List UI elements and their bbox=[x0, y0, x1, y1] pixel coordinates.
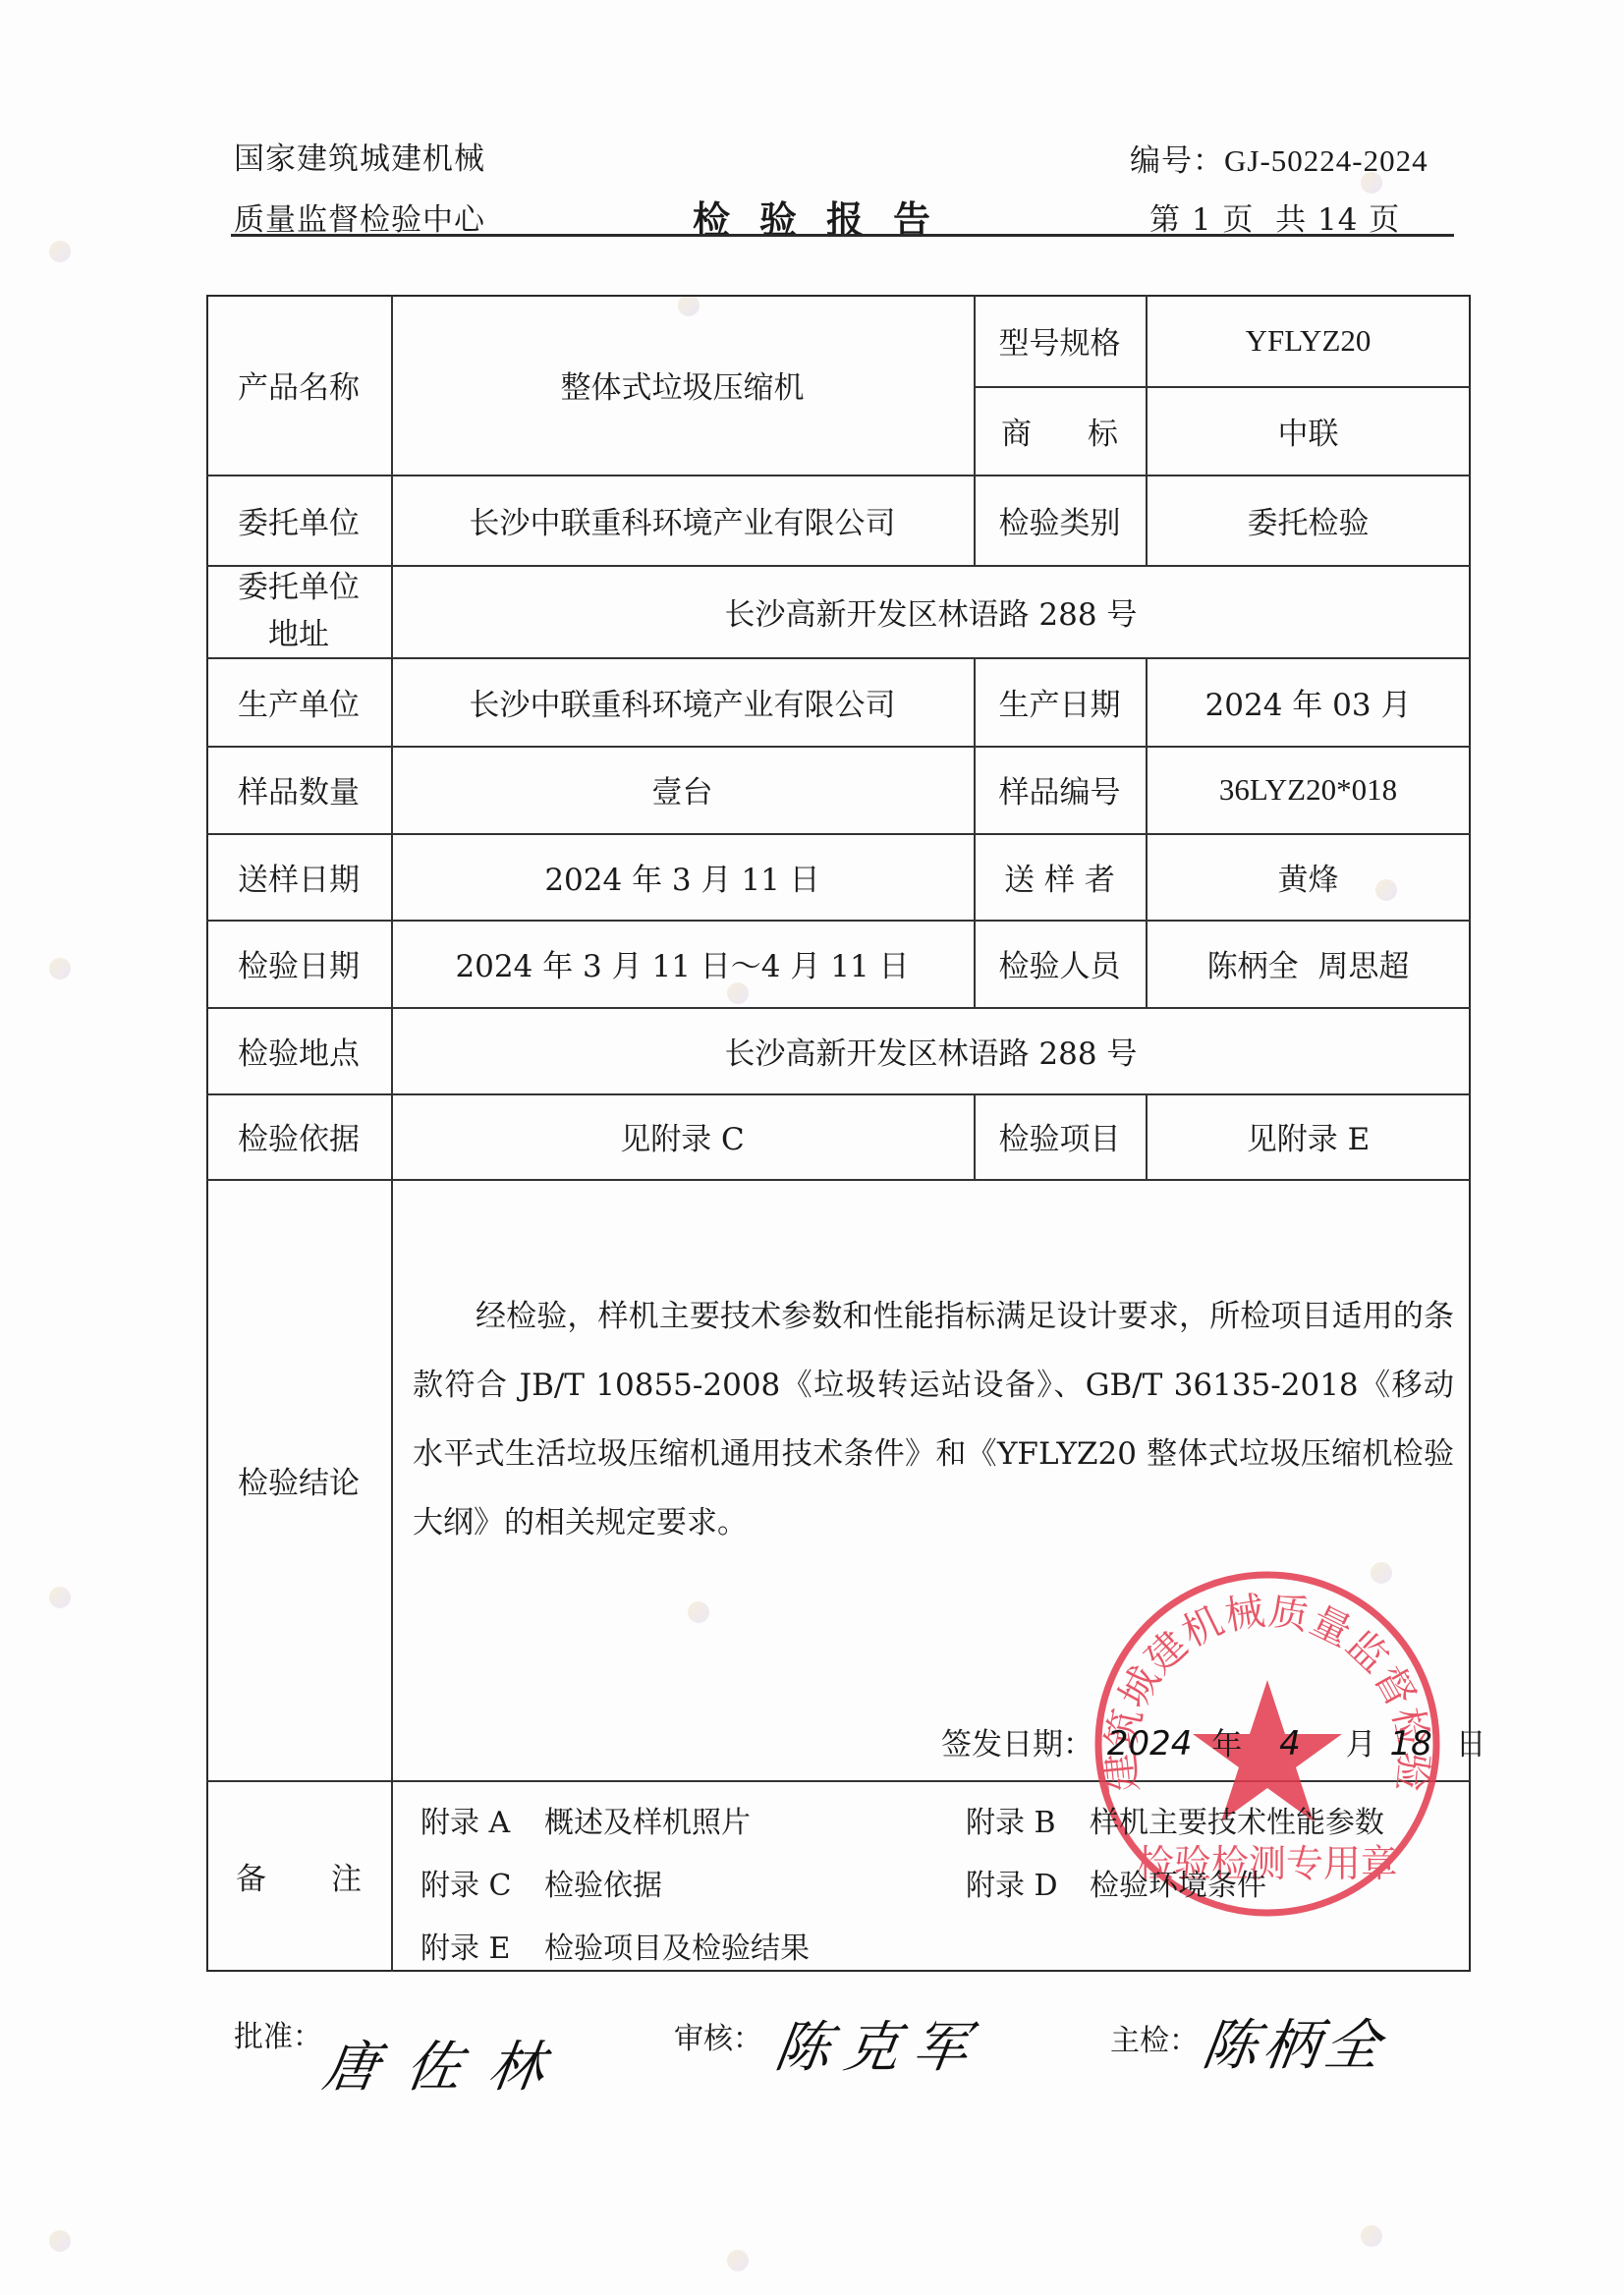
appendix-d-title: 检验环境条件 bbox=[1090, 1869, 1266, 1903]
value-inspection-site: 长沙高新开发区林语路 288 号 bbox=[391, 1007, 1471, 1093]
row-divider bbox=[206, 1780, 1471, 1782]
value-inspection-type: 委托检验 bbox=[1146, 475, 1471, 565]
label-conclusion: 检验结论 bbox=[206, 1179, 391, 1780]
value-sender: 黄烽 bbox=[1146, 833, 1471, 920]
issue-month: 4 bbox=[1279, 1724, 1301, 1763]
issue-year: 2024 bbox=[1107, 1724, 1193, 1763]
label-product-name: 产品名称 bbox=[206, 295, 391, 475]
review-signature: 陈克军 bbox=[770, 2004, 987, 2083]
label-model: 型号规格 bbox=[974, 295, 1146, 386]
label-inspection-type: 检验类别 bbox=[974, 475, 1146, 565]
label-production-date: 生产日期 bbox=[974, 657, 1146, 746]
label-sample-no: 样品编号 bbox=[974, 746, 1146, 833]
watermark-logo bbox=[1361, 2225, 1382, 2247]
appendix-a-title: 概述及样机照片 bbox=[544, 1806, 751, 1840]
label-sender: 送 样 者 bbox=[974, 833, 1146, 920]
value-sample-qty: 壹台 bbox=[391, 746, 974, 833]
value-manufacturer: 长沙中联重科环境产业有限公司 bbox=[391, 657, 974, 746]
appendix-a-code: 附录 A bbox=[420, 1798, 544, 1841]
label-inspection-date: 检验日期 bbox=[206, 920, 391, 1007]
label-remarks-b: 注 bbox=[331, 1854, 362, 1898]
row-divider bbox=[206, 1179, 1471, 1181]
review-label: 审核： bbox=[674, 2014, 762, 2057]
report-number-value: GJ-50224-2024 bbox=[1224, 143, 1428, 178]
value-product-name: 整体式垃圾压缩机 bbox=[391, 295, 974, 475]
watermark-logo bbox=[727, 2250, 749, 2271]
issue-year-unit: 年 bbox=[1211, 1727, 1242, 1763]
page-info: 第 1 页 共 14 页 bbox=[1149, 195, 1400, 239]
label-basis: 检验依据 bbox=[206, 1093, 391, 1179]
issue-month-unit: 月 bbox=[1346, 1727, 1376, 1763]
report-number-label: 编号： bbox=[1130, 143, 1224, 179]
value-items: 见附录 E bbox=[1146, 1093, 1471, 1179]
org-name-line1: 国家建筑城建机械 bbox=[234, 134, 485, 178]
label-inspection-site: 检验地点 bbox=[206, 1007, 391, 1093]
appendix-e-title: 检验项目及检验结果 bbox=[544, 1931, 810, 1966]
issue-day-unit: 日 bbox=[1456, 1727, 1486, 1763]
approve-label: 批准： bbox=[234, 2012, 322, 2055]
chief-inspector-signature: 陈柄全 bbox=[1198, 2002, 1391, 2081]
label-manufacturer: 生产单位 bbox=[206, 657, 391, 746]
value-brand: 中联 bbox=[1146, 386, 1471, 475]
header-rule bbox=[231, 234, 1454, 237]
appendix-d: 附录 D检验环境条件 bbox=[966, 1861, 1266, 1904]
appendix-a: 附录 A概述及样机照片 bbox=[420, 1798, 751, 1841]
label-client: 委托单位 bbox=[206, 475, 391, 565]
issue-date: 签发日期： 2024 年 4 月 18 日 bbox=[941, 1719, 1486, 1763]
watermark-logo bbox=[49, 241, 71, 262]
appendix-e-code: 附录 E bbox=[420, 1924, 544, 1967]
label-remarks-a: 备 bbox=[236, 1854, 266, 1898]
appendix-c: 附录 C检验依据 bbox=[420, 1861, 662, 1904]
label-items: 检验项目 bbox=[974, 1093, 1146, 1179]
watermark-logo bbox=[49, 2230, 71, 2252]
appendix-e: 附录 E检验项目及检验结果 bbox=[420, 1924, 810, 1967]
issue-day: 18 bbox=[1389, 1724, 1431, 1763]
value-basis: 见附录 C bbox=[391, 1093, 974, 1179]
label-delivery-date: 送样日期 bbox=[206, 833, 391, 920]
value-sample-no: 36LYZ20*018 bbox=[1146, 746, 1471, 833]
label-inspectors: 检验人员 bbox=[974, 920, 1146, 1007]
label-client-address-line2: 地址 bbox=[268, 611, 329, 658]
label-sample-qty: 样品数量 bbox=[206, 746, 391, 833]
approve-signature: 唐佐林 bbox=[318, 2024, 577, 2102]
conclusion-paragraph: 经检验，样机主要技术参数和性能指标满足设计要求，所检项目适用的条款符合 JB/T… bbox=[413, 1282, 1454, 1557]
label-remarks: 备 注 bbox=[206, 1780, 391, 1972]
appendix-c-code: 附录 C bbox=[420, 1861, 544, 1904]
label-brand-a: 商 bbox=[1001, 409, 1032, 453]
conclusion-text: 经检验，样机主要技术参数和性能指标满足设计要求，所检项目适用的条款符合 JB/T… bbox=[413, 1282, 1454, 1557]
appendix-b-code: 附录 B bbox=[966, 1798, 1090, 1841]
value-model: YFLYZ20 bbox=[1146, 295, 1471, 386]
label-client-address: 委托单位 地址 bbox=[206, 565, 391, 657]
org-name-line2: 质量监督检验中心 bbox=[234, 195, 485, 239]
value-inspectors: 陈柄全 周思超 bbox=[1146, 920, 1471, 1007]
appendix-b-title: 样机主要技术性能参数 bbox=[1090, 1806, 1384, 1840]
value-inspection-date: 2024 年 3 月 11 日～4 月 11 日 bbox=[391, 920, 974, 1007]
appendix-b: 附录 B样机主要技术性能参数 bbox=[966, 1798, 1384, 1841]
report-number: 编号：GJ-50224-2024 bbox=[1130, 136, 1428, 180]
label-brand-b: 标 bbox=[1088, 409, 1118, 453]
watermark-logo bbox=[49, 958, 71, 980]
appendix-d-code: 附录 D bbox=[966, 1861, 1090, 1904]
appendix-c-title: 检验依据 bbox=[544, 1869, 662, 1903]
value-client: 长沙中联重科环境产业有限公司 bbox=[391, 475, 974, 565]
value-client-address: 长沙高新开发区林语路 288 号 bbox=[391, 565, 1471, 657]
value-production-date: 2024 年 03 月 bbox=[1146, 657, 1471, 746]
value-delivery-date: 2024 年 3 月 11 日 bbox=[391, 833, 974, 920]
label-client-address-line1: 委托单位 bbox=[238, 564, 360, 611]
issue-date-label: 签发日期： bbox=[941, 1727, 1093, 1763]
label-brand: 商 标 bbox=[974, 386, 1146, 475]
watermark-logo bbox=[49, 1587, 71, 1608]
chief-inspector-label: 主检： bbox=[1110, 2016, 1199, 2059]
